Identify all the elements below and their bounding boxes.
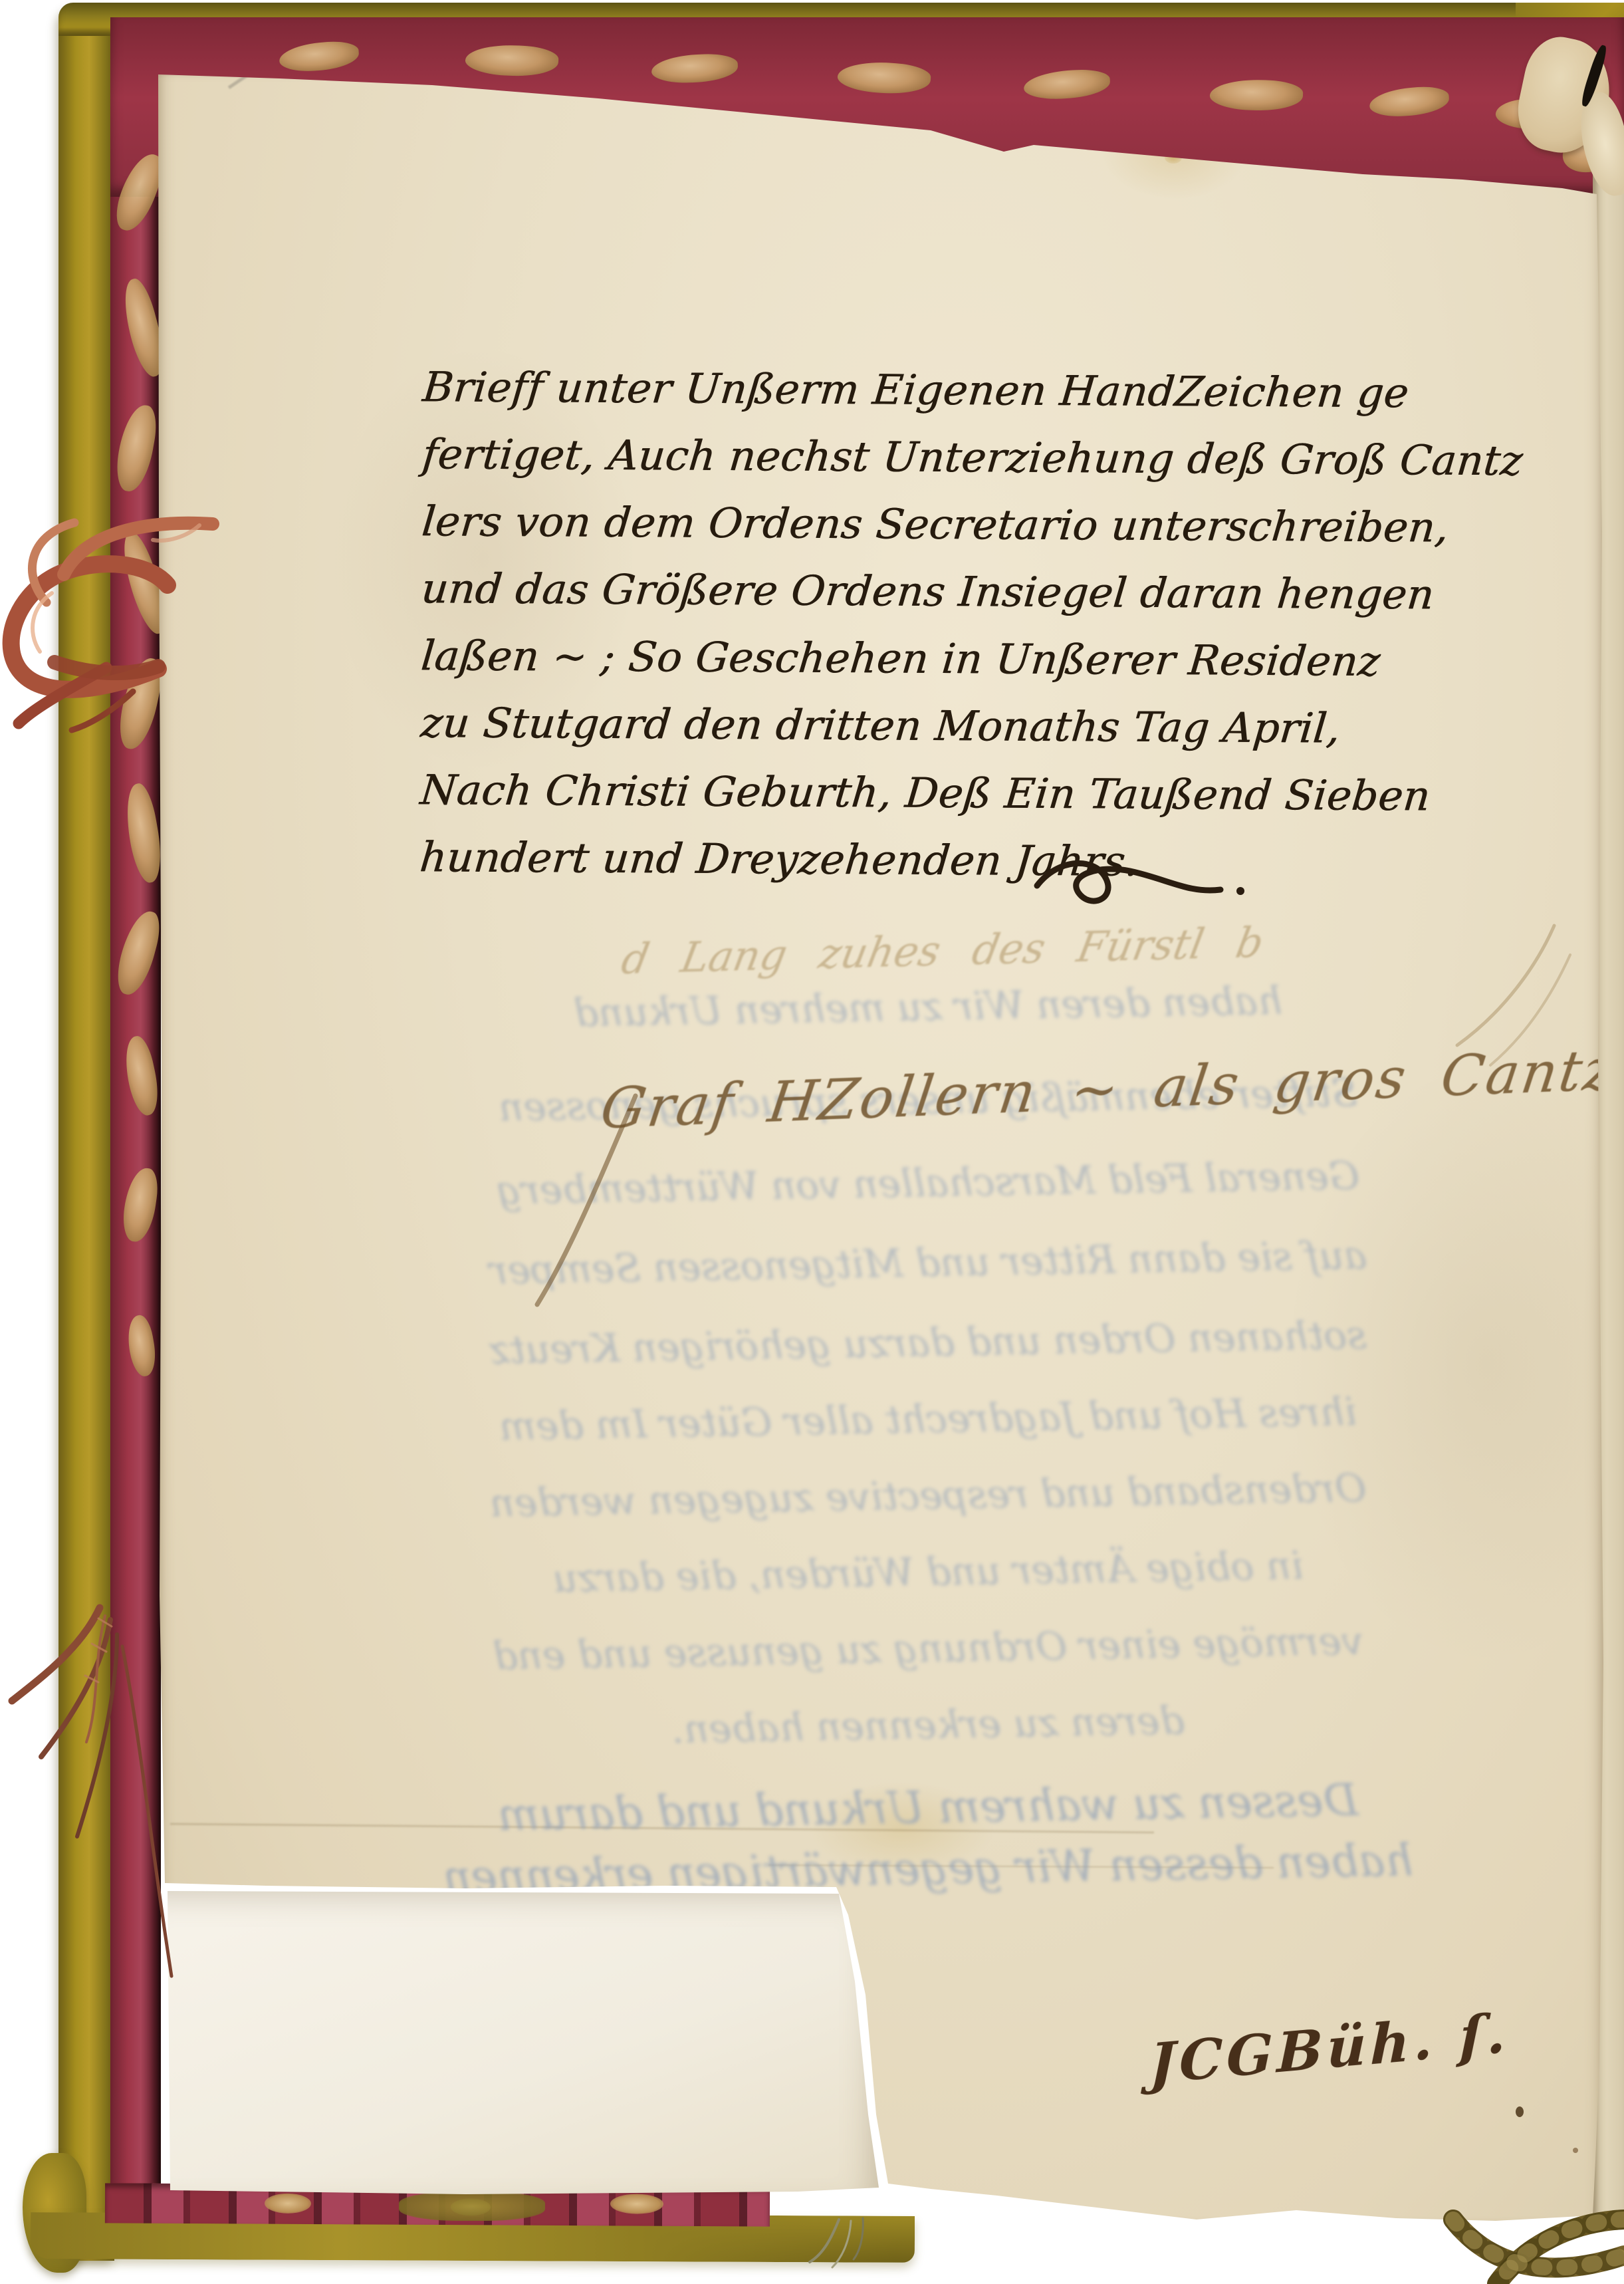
manuscript-line: und das Größere Ordens Insiegel daran he… [419, 555, 1462, 628]
edge-olive-patch [399, 2192, 545, 2221]
witness-signature: JCGBüh. ſ. [1149, 1986, 1624, 2096]
book-cover-vellum-left-edge [58, 5, 114, 2261]
bleedthrough-line: auf sie dann Ritter und Mitgenossen Semp… [409, 1231, 1447, 1294]
fox-spot [1573, 2148, 1578, 2153]
bleedthrough-line: ihres Hof und Jagdrecht aller Güter Im d… [409, 1387, 1447, 1450]
manuscript-line: Brieff unter Unßerm Eigenen HandZeichen … [419, 353, 1462, 426]
bleedthrough-line: General Feld Marschallen von Württemberg [409, 1151, 1447, 1214]
manuscript-line: zu Stutgard den dritten Monaths Tag Apri… [417, 689, 1460, 762]
bleedthrough-line: vermöge einer Ordnung zu genusse und end [409, 1616, 1447, 1680]
manuscript-line: fertiget, Auch nechst Unterziehung deß G… [419, 420, 1462, 493]
manuscript-line: laßen ~ ; So Geschehen in Unßerer Reside… [418, 622, 1461, 695]
seal-cord [1453, 2220, 1624, 2284]
chancellor-signature: Graf HZollern ~ als gros Cantzler p: [597, 1033, 1624, 1142]
manuscript-line: hundert und Dreyzehenden Jahrs. [417, 823, 1460, 896]
fox-spot [1516, 2106, 1524, 2117]
bleedthrough-line: sothanen Orden und darzu gehörigen Kreut… [409, 1311, 1447, 1374]
gilt-fleck [265, 2194, 311, 2214]
photo-background: haben deren Wir zu mehren Urkund Stifter… [0, 0, 1624, 2284]
bleedthrough-line: deren zu erkennen haben. [409, 1693, 1447, 1756]
bleedthrough-line: Dessen zu wahrem Urkund und darum [409, 1773, 1447, 1842]
manuscript-line: Nach Christi Geburth, Deß Ein Taußend Si… [417, 756, 1460, 829]
bleedthrough-line: in obige Ämter und Würden, die darzu [409, 1540, 1447, 1603]
faded-inscription: d Lang zuhes des Fürstl b [618, 908, 1623, 983]
bleedthrough-line: Ordensband und respective zugegen werden [409, 1463, 1447, 1527]
under-leaf [165, 1887, 896, 2200]
manuscript-line: lers von dem Ordens Secretario unterschr… [419, 487, 1462, 561]
manuscript-text-block: Brieff unter Unßerm Eigenen HandZeichen … [420, 353, 1460, 897]
gilt-fleck [610, 2194, 663, 2214]
bleedthrough-line: haben deren Wir zu mehren Urkund [409, 975, 1447, 1038]
